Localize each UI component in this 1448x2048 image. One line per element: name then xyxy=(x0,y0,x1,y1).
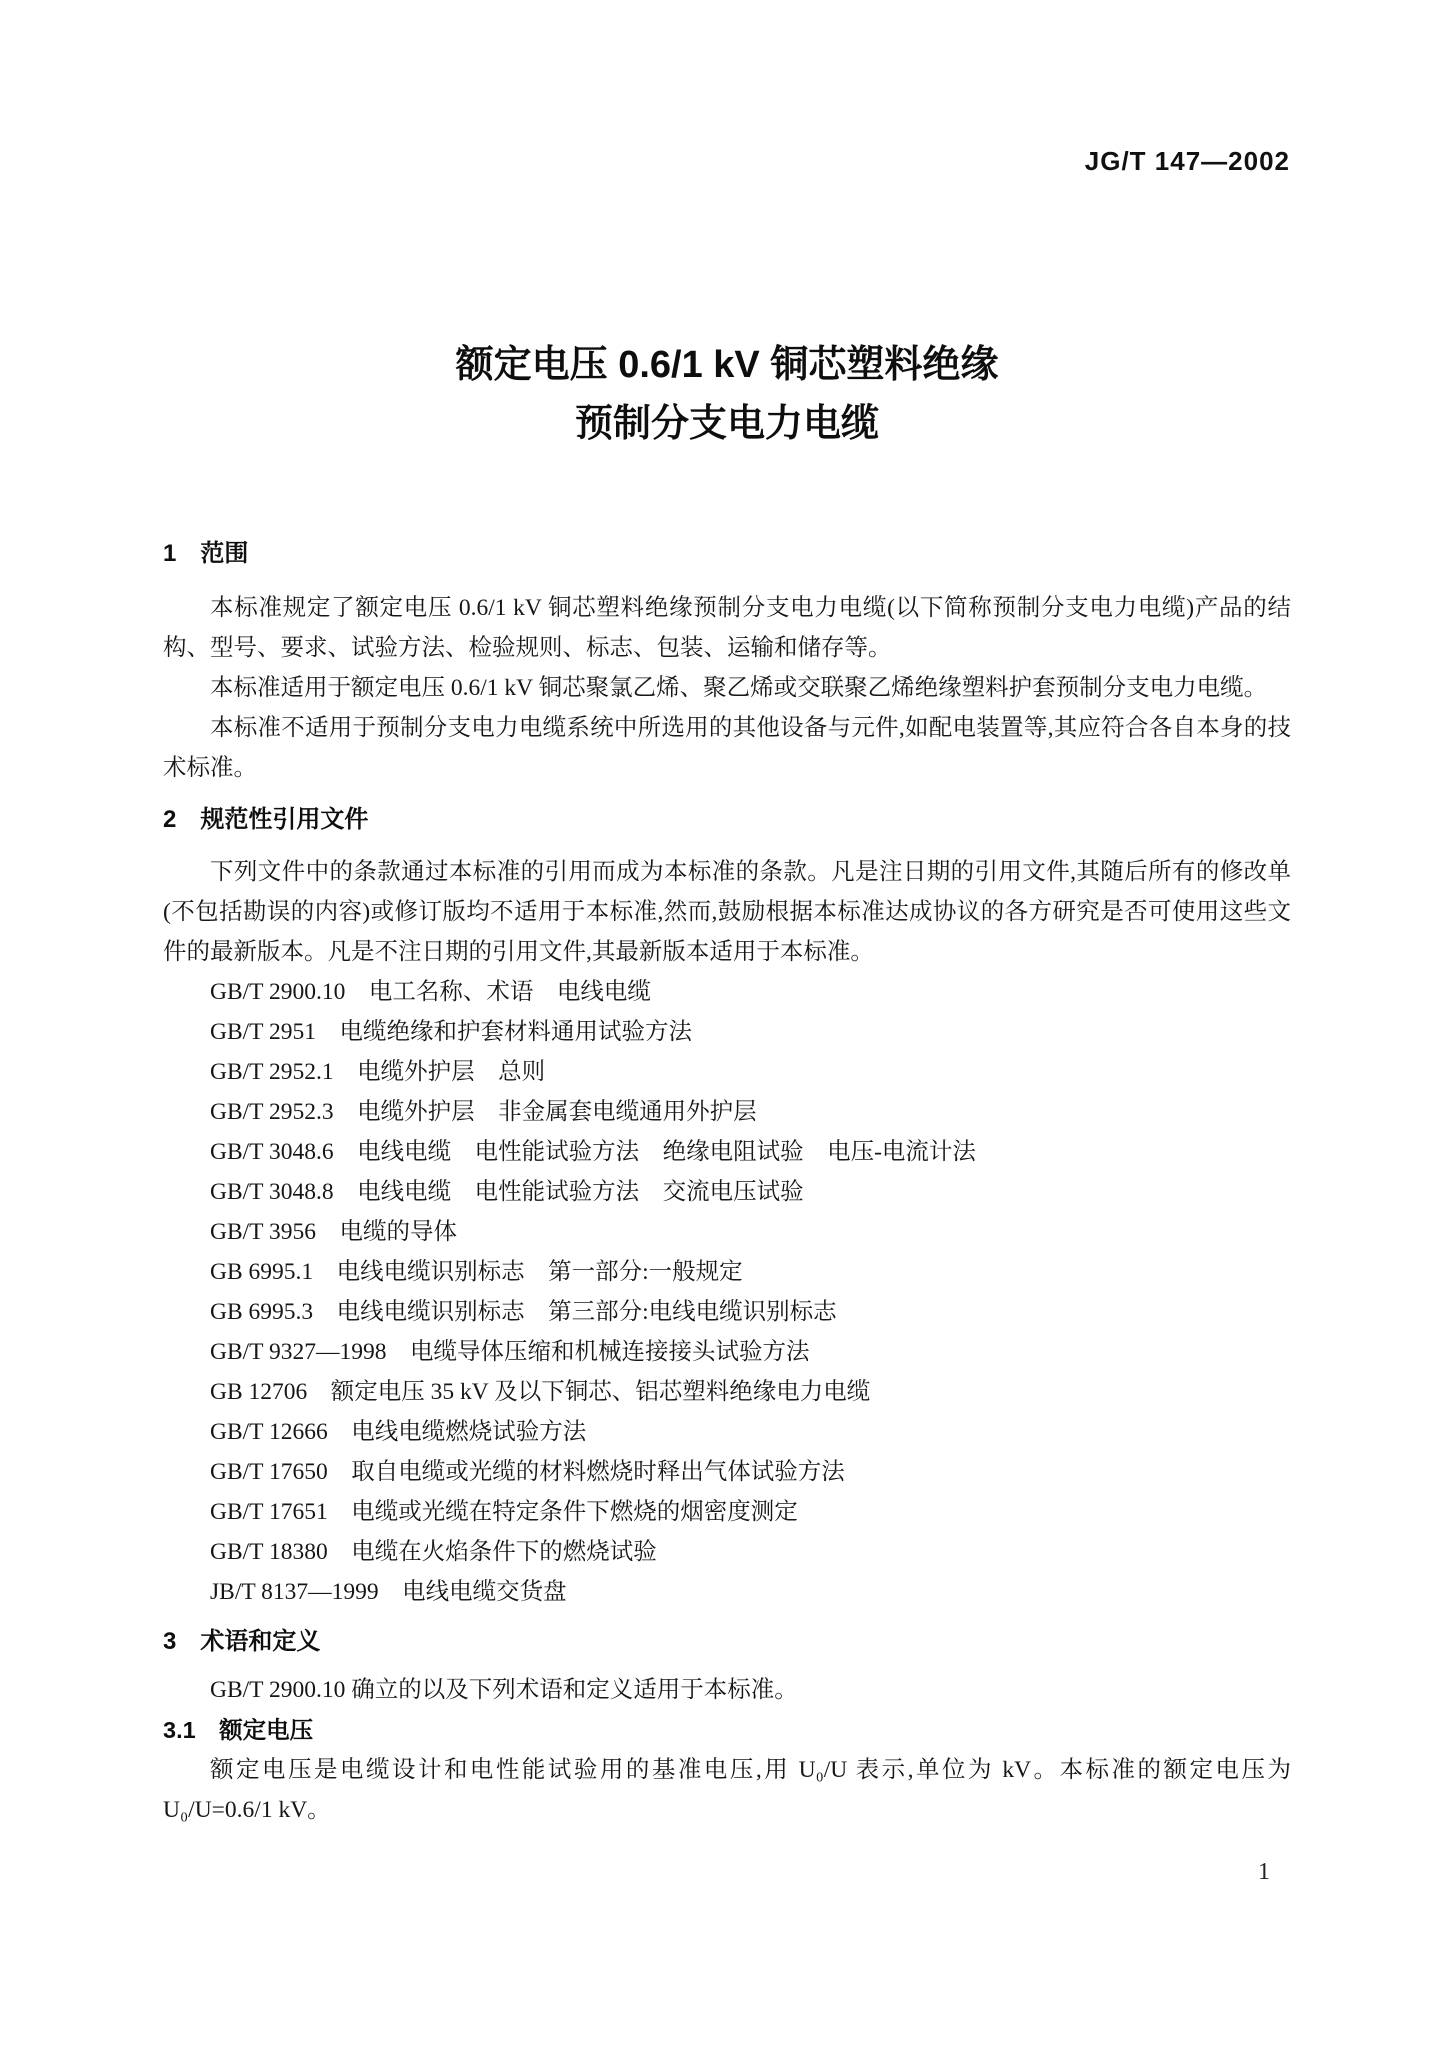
reference-item: GB/T 2951 电缆绝缘和护套材料通用试验方法 xyxy=(163,1012,1291,1052)
section-1-paragraph-3: 本标准不适用于预制分支电力电缆系统中所选用的其他设备与元件,如配电装置等,其应符… xyxy=(163,708,1291,788)
document-title-line-2: 预制分支电力电缆 xyxy=(163,395,1291,454)
section-2-intro-paragraph: 下列文件中的条款通过本标准的引用而成为本标准的条款。凡是注日期的引用文件,其随后… xyxy=(163,852,1291,972)
section-3-heading: 3 术语和定义 xyxy=(163,1626,1291,1658)
reference-item: GB 12706 额定电压 35 kV 及以下铜芯、铝芯塑料绝缘电力电缆 xyxy=(163,1372,1291,1412)
reference-item: JB/T 8137—1999 电线电缆交货盘 xyxy=(163,1572,1291,1612)
document-page: JG/T 147—2002 额定电压 0.6/1 kV 铜芯塑料绝缘 预制分支电… xyxy=(0,0,1448,2048)
section-2-heading: 2 规范性引用文件 xyxy=(163,804,1291,836)
reference-item: GB/T 18380 电缆在火焰条件下的燃烧试验 xyxy=(163,1532,1291,1572)
reference-item: GB/T 2952.3 电缆外护层 非金属套电缆通用外护层 xyxy=(163,1092,1291,1132)
reference-item: GB/T 9327—1998 电缆导体压缩和机械连接接头试验方法 xyxy=(163,1332,1291,1372)
section-3-1-paragraph: 额定电压是电缆设计和电性能试验用的基准电压,用 U₀/U 表示,单位为 kV。本… xyxy=(163,1750,1291,1830)
standard-code: JG/T 147—2002 xyxy=(1085,146,1290,177)
reference-item: GB/T 3956 电缆的导体 xyxy=(163,1212,1291,1252)
reference-item: GB/T 17651 电缆或光缆在特定条件下燃烧的烟密度测定 xyxy=(163,1492,1291,1532)
section-1-paragraph-2: 本标准适用于额定电压 0.6/1 kV 铜芯聚氯乙烯、聚乙烯或交联聚乙烯绝缘塑料… xyxy=(163,668,1291,708)
document-title: 额定电压 0.6/1 kV 铜芯塑料绝缘 预制分支电力电缆 xyxy=(163,336,1291,454)
document-title-line-1: 额定电压 0.6/1 kV 铜芯塑料绝缘 xyxy=(163,336,1291,395)
reference-item: GB 6995.1 电线电缆识别标志 第一部分:一般规定 xyxy=(163,1252,1291,1292)
document-body: 1 范围 本标准规定了额定电压 0.6/1 kV 铜芯塑料绝缘预制分支电力电缆(… xyxy=(163,538,1291,1830)
reference-item: GB/T 17650 取自电缆或光缆的材料燃烧时释出气体试验方法 xyxy=(163,1452,1291,1492)
normative-reference-list: GB/T 2900.10 电工名称、术语 电线电缆 GB/T 2951 电缆绝缘… xyxy=(163,972,1291,1612)
reference-item: GB/T 2952.1 电缆外护层 总则 xyxy=(163,1052,1291,1092)
reference-item: GB/T 2900.10 电工名称、术语 电线电缆 xyxy=(163,972,1291,1012)
reference-item: GB/T 3048.8 电线电缆 电性能试验方法 交流电压试验 xyxy=(163,1172,1291,1212)
section-1-paragraph-1: 本标准规定了额定电压 0.6/1 kV 铜芯塑料绝缘预制分支电力电缆(以下简称预… xyxy=(163,588,1291,668)
page-number: 1 xyxy=(1258,1856,1270,1888)
section-1-heading: 1 范围 xyxy=(163,538,1291,570)
reference-item: GB 6995.3 电线电缆识别标志 第三部分:电线电缆识别标志 xyxy=(163,1292,1291,1332)
section-3-1-heading: 3.1 额定电压 xyxy=(163,1710,1291,1750)
section-3-intro-paragraph: GB/T 2900.10 确立的以及下列术语和定义适用于本标准。 xyxy=(163,1670,1291,1710)
reference-item: GB/T 3048.6 电线电缆 电性能试验方法 绝缘电阻试验 电压-电流计法 xyxy=(163,1132,1291,1172)
reference-item: GB/T 12666 电线电缆燃烧试验方法 xyxy=(163,1412,1291,1452)
